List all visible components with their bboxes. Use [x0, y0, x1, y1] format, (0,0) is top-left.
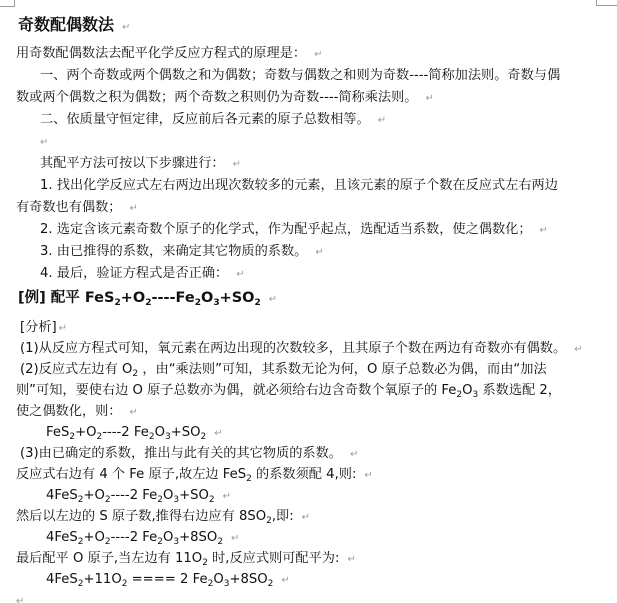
equation-step-2: 4FeS2+O2----2 Fe2O3+SO2↵ — [46, 488, 231, 505]
paragraph-mark-icon: ↵ — [16, 596, 24, 603]
equation-step-3: 4FeS2+O2----2 Fe2O3+8SO2↵ — [46, 530, 239, 547]
step-1-cont: 有奇数也有偶数；↵ — [16, 200, 138, 217]
page-corner-marker — [0, 0, 15, 7]
step-3: 3. 由已推得的系数，来确定其它物质的系数。↵ — [40, 244, 324, 261]
principle-two: 二、依质量守恒定律，反应前后各元素的原子总数相等。↵ — [40, 112, 386, 129]
paragraph-mark-icon: ↵ — [347, 554, 355, 565]
principle-one: 一、两个奇数或两个偶数之和为偶数；奇数与偶数之和则为奇数----简称加法则。奇数… — [40, 68, 560, 84]
paragraph-mark-icon: ↵ — [314, 49, 322, 60]
page-corner-marker — [596, 0, 617, 6]
paragraph-mark-icon: ↵ — [130, 407, 138, 418]
analysis-point-1: (1)从反应方程式可知，氧元素在两边出现的次数较多，且其原子个数在两边有奇数亦有… — [20, 341, 583, 358]
paragraph-mark-icon: ↵ — [130, 203, 138, 214]
paragraph-mark-icon: ↵ — [315, 247, 323, 258]
empty-paragraph: ↵ — [40, 134, 48, 151]
paragraph-mark-icon: ↵ — [40, 137, 48, 148]
analysis-point-5: 然后以左边的 S 原子数,推得右边应有 8SO2,即:↵ — [16, 509, 310, 526]
paragraph-mark-icon: ↵ — [302, 512, 310, 523]
paragraph-mark-icon: ↵ — [59, 323, 67, 334]
step-1: 1. 找出化学反应式左右两边出现次数较多的元素，且该元素的原子个数在反应式左右两… — [40, 178, 558, 194]
analysis-point-4: 反应式右边有 4 个 Fe 原子,故左边 FeS2 的系数须配 4,则:↵ — [16, 467, 373, 484]
paragraph-mark-icon: ↵ — [231, 533, 239, 544]
steps-intro: 其配平方法可按以下步骤进行：↵ — [40, 156, 241, 173]
paragraph-mark-icon: ↵ — [269, 294, 277, 305]
example-heading: [例] 配平 FeS2+O2----Fe2O3+SO2↵ — [18, 290, 277, 308]
paragraph-mark-icon: ↵ — [281, 575, 289, 586]
step-4: 4. 最后，验证方程式是否正确：↵ — [40, 266, 245, 283]
paragraph-mark-icon: ↵ — [233, 159, 241, 170]
analysis-point-6: 最后配平 O 原子,当左边有 11O2 时,反应式则可配平为:↵ — [16, 551, 356, 568]
paragraph-mark-icon: ↵ — [214, 428, 222, 439]
analysis-label: [分析]↵ — [20, 320, 67, 337]
document-title: 奇数配偶数法↵ — [18, 17, 130, 36]
analysis-point-2-end: 使之偶数化，则：↵ — [16, 404, 138, 421]
analysis-point-3: (3)由已确定的系数，推出与此有关的其它物质的系数。↵ — [20, 446, 358, 463]
paragraph-mark-icon: ↵ — [378, 115, 386, 126]
paragraph-mark-icon: ↵ — [236, 269, 244, 280]
paragraph-mark-icon: ↵ — [540, 225, 548, 236]
equation-final: 4FeS2+11O2 ==== 2 Fe2O3+8SO2↵ — [46, 572, 290, 589]
paragraph-mark-icon: ↵ — [364, 470, 372, 481]
paragraph-mark-icon: ↵ — [223, 491, 231, 502]
principle-one-cont: 数或两个偶数之积为偶数；两个奇数之积则仍为奇数----简称乘法则。↵ — [16, 90, 434, 107]
equation-step-1: FeS2+O2----2 Fe2O3+SO2↵ — [46, 425, 223, 442]
intro-text: 用奇数配偶数法去配平化学反应方程式的原理是：↵ — [16, 46, 323, 63]
paragraph-mark-icon: ↵ — [574, 344, 582, 355]
empty-paragraph: ↵ — [16, 593, 24, 603]
analysis-point-2-cont: 则”可知，要使右边 O 原子总数亦为偶，就必须给右边含奇数个氧原子的 Fe2O3… — [16, 383, 561, 399]
paragraph-mark-icon: ↵ — [122, 22, 130, 33]
analysis-point-2: (2)反应式左边有 O2 ，由“乘法则”可知，其系数无论为何，O 原子总数必为偶… — [20, 362, 547, 378]
paragraph-mark-icon: ↵ — [425, 93, 433, 104]
step-2: 2. 选定含该元素奇数个原子的化学式，作为配乎起点，选配适当系数，使之偶数化；↵ — [40, 222, 548, 239]
paragraph-mark-icon: ↵ — [350, 449, 358, 460]
